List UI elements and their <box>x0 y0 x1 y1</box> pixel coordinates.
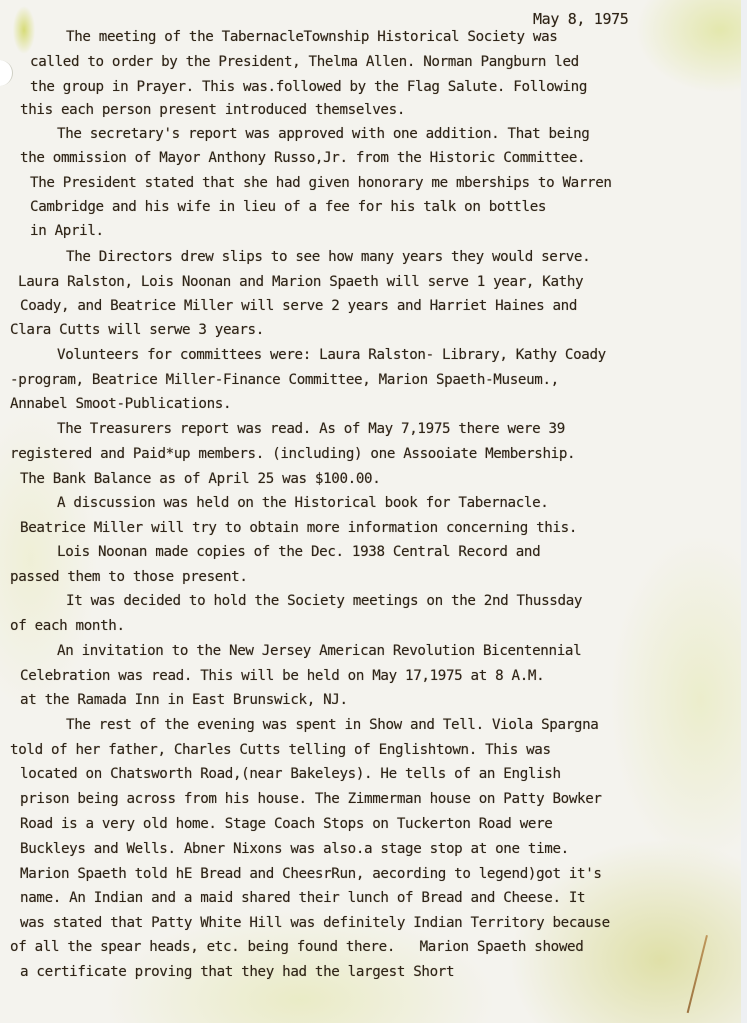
typed-line: An invitation to the New Jersey American… <box>57 644 581 658</box>
paper-crease <box>687 935 708 1013</box>
typed-line: was stated that Patty White Hill was def… <box>20 916 610 930</box>
typed-line: The secretary's report was approved with… <box>57 127 589 141</box>
typed-line: at the Ramada Inn in East Brunswick, NJ. <box>20 693 348 707</box>
typed-line: this each person present introduced them… <box>20 103 405 117</box>
scanned-document-page: May 8, 1975 The meeting of the Tabernacl… <box>0 0 747 1023</box>
page-edge <box>741 0 747 1023</box>
typed-line: Marion Spaeth told hE Bread and CheesrRu… <box>20 867 602 881</box>
typed-line: The rest of the evening was spent in Sho… <box>66 718 598 732</box>
typed-line: The Bank Balance as of April 25 was $100… <box>20 472 380 486</box>
typed-line: in April. <box>30 224 104 238</box>
typed-line: a certificate proving that they had the … <box>20 965 454 979</box>
document-date: May 8, 1975 <box>533 12 629 27</box>
punch-hole <box>0 60 13 86</box>
typed-line: Cambridge and his wife in lieu of a fee … <box>30 200 546 214</box>
typed-line: located on Chatsworth Road,(near Bakeley… <box>20 767 561 781</box>
typed-line: The Directors drew slips to see how many… <box>66 250 590 264</box>
typed-line: the ommission of Mayor Anthony Russo,Jr.… <box>20 151 585 165</box>
typed-line: Coady, and Beatrice Miller will serve 2 … <box>20 299 577 313</box>
typed-line: prison being across from his house. The … <box>20 792 602 806</box>
typed-line: The Treasurers report was read. As of Ma… <box>57 422 565 436</box>
typed-line: name. An Indian and a maid shared their … <box>20 891 585 905</box>
typed-line: Clara Cutts will serwe 3 years. <box>10 323 264 337</box>
typed-line: It was decided to hold the Society meeti… <box>66 594 582 608</box>
typed-line: registered and Paid*up members. (includi… <box>10 447 575 461</box>
typed-line: The meeting of the TabernacleTownship Hi… <box>66 30 558 44</box>
typed-line: of each month. <box>10 619 125 633</box>
typed-line: Beatrice Miller will try to obtain more … <box>20 521 577 535</box>
typed-line: the group in Prayer. This was.followed b… <box>30 80 587 94</box>
typed-line: Laura Ralston, Lois Noonan and Marion Sp… <box>18 275 583 289</box>
typed-line: Annabel Smoot-Publications. <box>10 397 231 411</box>
typed-line: told of her father, Charles Cutts tellin… <box>10 743 551 757</box>
typed-line: Celebration was read. This will be held … <box>20 669 544 683</box>
typed-line: A discussion was held on the Historical … <box>57 496 549 510</box>
typed-line: passed them to those present. <box>10 570 248 584</box>
typed-line: Road is a very old home. Stage Coach Sto… <box>20 817 552 831</box>
typed-line: Volunteers for committees were: Laura Ra… <box>57 348 606 362</box>
typed-line: -program, Beatrice Miller-Finance Commit… <box>10 373 559 387</box>
typed-line: Lois Noonan made copies of the Dec. 1938… <box>57 545 540 559</box>
typed-line: of all the spear heads, etc. being found… <box>10 940 583 954</box>
typed-line: Buckleys and Wells. Abner Nixons was als… <box>20 842 569 856</box>
typed-line: The President stated that she had given … <box>30 176 612 190</box>
typed-line: called to order by the President, Thelma… <box>30 55 579 69</box>
